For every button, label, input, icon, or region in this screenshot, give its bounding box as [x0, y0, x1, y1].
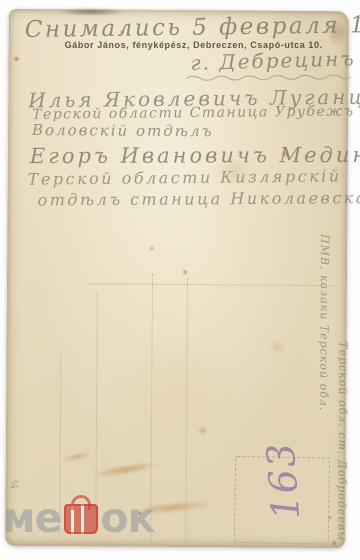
- stain: [270, 341, 284, 353]
- scan-background: Gábor János, fényképész, Debreczen, Csap…: [0, 0, 360, 560]
- inventory-number: 163: [259, 448, 308, 521]
- handwritten-name-line: Терской области Кизлярскій: [28, 166, 342, 188]
- watermark-text-right: ок: [100, 494, 154, 542]
- stain: [101, 329, 252, 460]
- stain: [14, 56, 20, 62]
- stain: [149, 246, 154, 251]
- meshok-watermark: меок: [2, 498, 154, 539]
- shopping-bag-icon: [64, 504, 98, 534]
- vertical-note-inner: ПМВ, казаки Терской обл.: [317, 234, 331, 412]
- stain: [182, 269, 188, 275]
- watermark-text-left: ме: [2, 494, 61, 542]
- edge-mark: ¼: [8, 479, 19, 489]
- address-divider-line: [87, 283, 335, 286]
- handwritten-date: Снимались 5 февраля 1917: [25, 12, 360, 43]
- stain: [198, 426, 208, 435]
- stain: [59, 449, 94, 464]
- vertical-note-outer: Терской обл. ст. Добродеевы: [335, 341, 349, 541]
- postcard-back: Gábor János, fényképész, Debreczen, Csap…: [5, 9, 349, 548]
- stain: [55, 8, 127, 16]
- handwritten-name-line: Воловскій отдѣлъ: [32, 121, 214, 140]
- wavy-underline: [184, 72, 352, 84]
- handwritten-name-line: отдѣлъ станица Николаевская): [37, 188, 360, 209]
- handwritten-city: г. Дебрецинъ: [190, 46, 356, 75]
- handwritten-name-line: Терской области Станица Урубежъ: [32, 103, 355, 122]
- address-rule-line: [185, 278, 188, 542]
- handwritten-name-line: Егоръ Ивановичъ Мединцевъ: [30, 143, 360, 168]
